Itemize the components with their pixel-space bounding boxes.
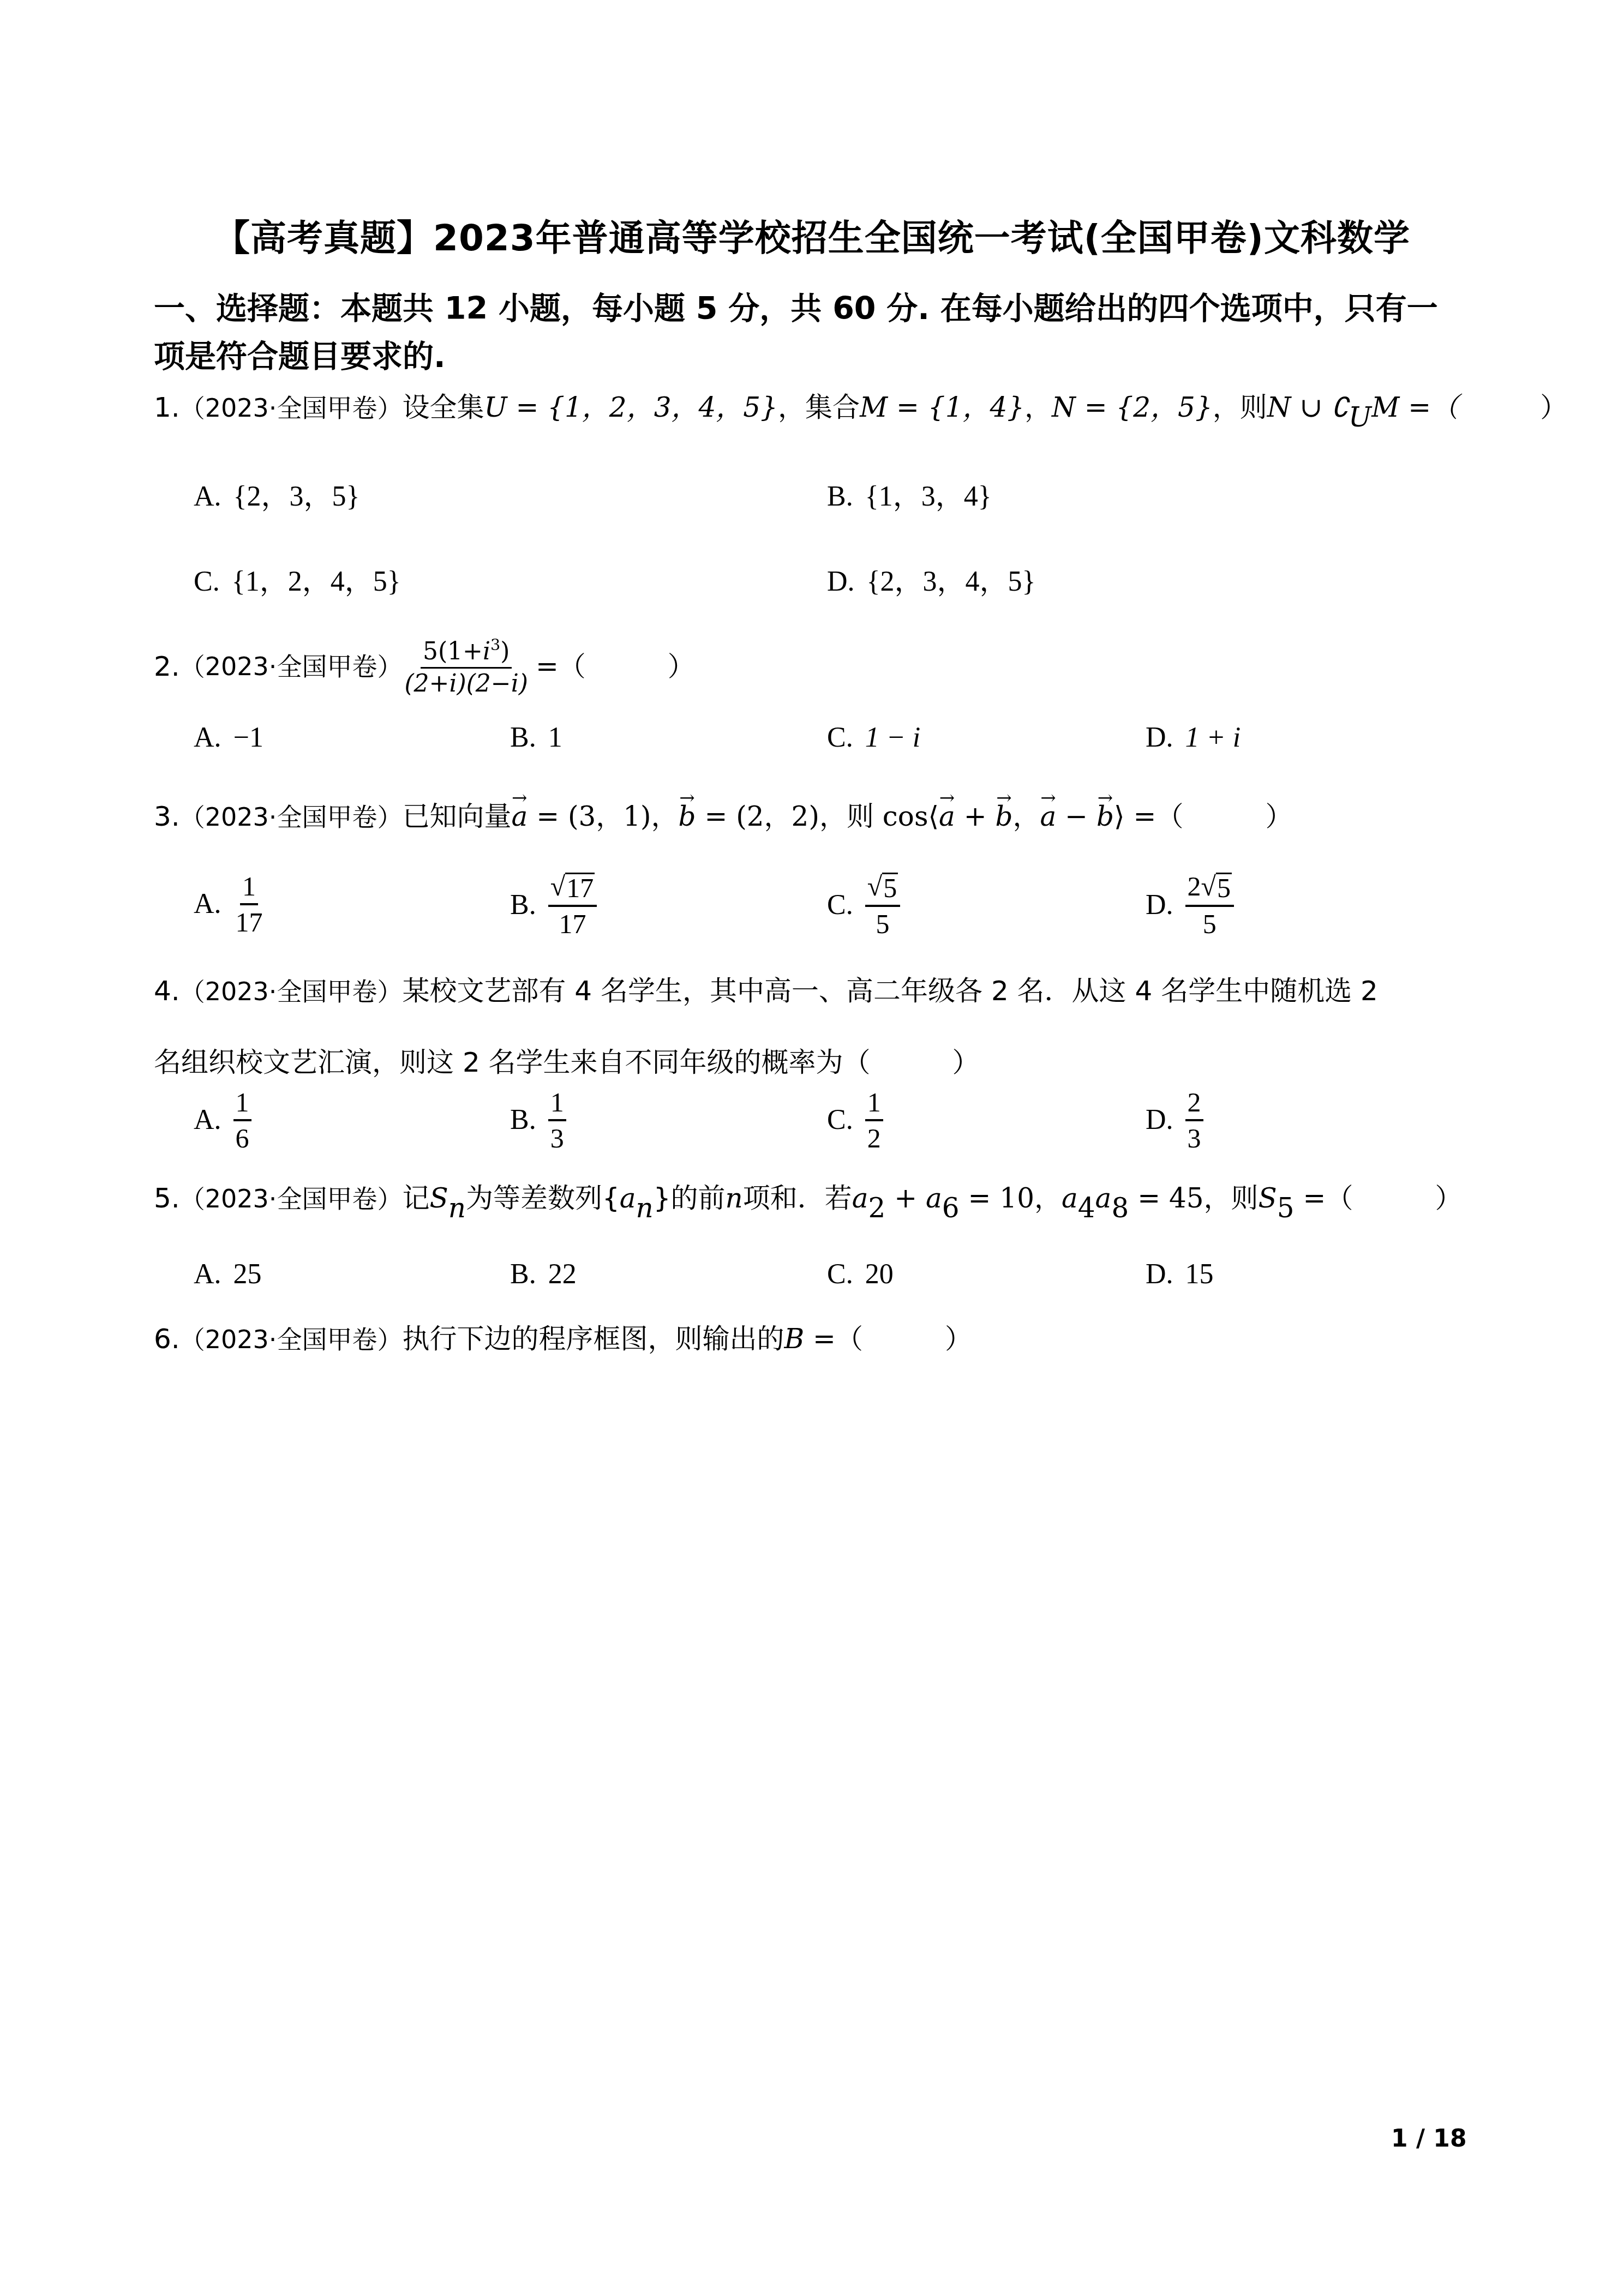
option-label: C. — [827, 886, 853, 924]
answer-blank-close: ） — [1265, 801, 1292, 832]
vector-a: a — [1040, 797, 1057, 836]
math-expression: N = {2，5} — [1052, 392, 1213, 423]
option-label: D. — [1146, 886, 1173, 924]
denominator: 6 — [233, 1121, 251, 1152]
denominator: 5 — [1201, 907, 1219, 937]
question-source: （2023·全国甲卷） — [180, 647, 403, 686]
question-source: （2023·全国甲卷） — [180, 1184, 403, 1213]
option-a[interactable]: A. 117 — [194, 873, 265, 936]
question-1: 1.（2023·全国甲卷）设全集U = {1，2，3，4，5}，集合M = {1… — [154, 388, 1485, 436]
question-source: （2023·全国甲卷） — [180, 1325, 403, 1354]
math-expression: M =（ — [1371, 392, 1458, 423]
denominator: 17 — [233, 905, 265, 936]
math-var: a — [852, 1182, 868, 1214]
question-4: 4.（2023·全国甲卷）某校文艺部有 4 名学生，其中高一、高二年级各 2 名… — [154, 955, 1485, 1098]
option-value: {1，3，4} — [865, 478, 992, 516]
option-value: 1 − i — [865, 719, 921, 757]
option-b[interactable]: B. 13 — [510, 1089, 566, 1152]
option-fraction: 2√55 — [1185, 873, 1234, 937]
math-subscript: U — [1349, 401, 1371, 433]
numerator-exponent: 3 — [490, 635, 500, 654]
option-label: D. — [1146, 1101, 1173, 1139]
math-var: a — [620, 1182, 636, 1214]
math-expression: − — [1056, 801, 1096, 832]
math-subscript: 8 — [1111, 1192, 1129, 1224]
math-subscript: 2 — [868, 1192, 886, 1224]
option-d[interactable]: D.15 — [1146, 1255, 1214, 1294]
option-label: D. — [827, 563, 855, 601]
question-5: 5.（2023·全国甲卷）记Sn为等差数列{an}的前n项和．若a2 + a6 … — [154, 1179, 1485, 1227]
question-number: 6. — [154, 1323, 180, 1355]
option-value: 1 + i — [1185, 719, 1241, 757]
option-label: A. — [194, 719, 221, 757]
option-fraction: 12 — [865, 1089, 883, 1152]
answer-blank-close: ） — [1540, 392, 1567, 423]
answer-blank-close: ） — [945, 1323, 972, 1355]
math-expression: M = {1，4} — [860, 392, 1024, 423]
math-subscript: n — [636, 1192, 654, 1224]
option-c[interactable]: C. 12 — [827, 1089, 883, 1152]
question-6: 6.（2023·全国甲卷）执行下边的程序框图，则输出的B =（） — [154, 1320, 1485, 1359]
math-expression: = (2，2)，则 cos⟨ — [696, 801, 939, 832]
question-number: 4. — [154, 975, 180, 1007]
question-text: 项和．若 — [743, 1182, 852, 1214]
numerator: 1 — [233, 1089, 251, 1121]
denominator: 3 — [1185, 1121, 1203, 1152]
denominator: 3 — [548, 1121, 566, 1152]
math-var: S — [429, 1182, 448, 1214]
option-b[interactable]: B. √1717 — [510, 873, 597, 937]
option-c[interactable]: C.{1，2，4，5} — [194, 563, 401, 601]
numerator: 1 — [548, 1089, 566, 1121]
question-text: ，集合 — [778, 392, 860, 423]
option-label: A. — [194, 478, 221, 516]
math-fraction: 5(1+i3) (2+i)(2−i) — [402, 637, 530, 696]
option-fraction: √1717 — [548, 873, 597, 937]
math-var: a — [1062, 1182, 1078, 1214]
option-fraction: 23 — [1185, 1089, 1203, 1152]
question-text: 设全集 — [402, 392, 484, 423]
coefficient: 2 — [1188, 871, 1201, 901]
math-subscript: 6 — [942, 1192, 960, 1224]
option-c[interactable]: C. √55 — [827, 873, 900, 937]
math-operator: + — [885, 1182, 926, 1214]
denominator: 5 — [873, 907, 891, 937]
numerator: 1 — [865, 1089, 883, 1121]
math-expression: ⟩ =（ — [1114, 801, 1183, 832]
option-a[interactable]: A.{2，3，5} — [194, 478, 359, 516]
equals-sign: =（ — [804, 1323, 863, 1355]
answer-blank-close: ） — [1435, 1182, 1462, 1214]
option-label: B. — [510, 1255, 536, 1294]
math-subscript: 5 — [1277, 1192, 1295, 1224]
option-fraction: 13 — [548, 1089, 566, 1152]
option-value: {2，3，5} — [233, 478, 360, 516]
question-source: （2023·全国甲卷） — [180, 802, 403, 832]
numerator: 1 — [240, 873, 258, 905]
question-text: }的前 — [654, 1182, 726, 1214]
math-expression: = 10， — [960, 1182, 1062, 1214]
answer-blank-close: ） — [952, 1047, 980, 1078]
numerator-close: ) — [500, 638, 510, 665]
math-subscript: n — [448, 1192, 466, 1224]
vector-a: a — [939, 797, 955, 836]
option-c[interactable]: C.1 − i — [827, 719, 920, 757]
option-label: C. — [827, 1255, 853, 1294]
option-label: C. — [827, 719, 853, 757]
option-b[interactable]: B.22 — [510, 1255, 577, 1294]
option-label: A. — [194, 1255, 221, 1294]
math-expression: N ∪ ∁ — [1267, 392, 1349, 423]
option-value: 25 — [233, 1255, 262, 1294]
question-number: 5. — [154, 1182, 180, 1214]
option-c[interactable]: C.20 — [827, 1255, 894, 1294]
math-var: B — [784, 1323, 804, 1355]
option-label: D. — [1146, 1255, 1173, 1294]
option-d[interactable]: D.{2，3，4，5} — [827, 563, 1035, 601]
option-label: D. — [1146, 719, 1173, 757]
vector-b: b — [679, 797, 696, 836]
radicand: 5 — [882, 873, 898, 901]
vector-b: b — [1096, 797, 1114, 836]
question-text: 为等差数列{ — [466, 1182, 620, 1214]
option-label: B. — [510, 1101, 536, 1139]
question-text: 已知向量 — [402, 801, 511, 832]
option-label: A. — [194, 885, 221, 923]
math-var: a — [926, 1182, 942, 1214]
equals-sign: =（ — [1295, 1182, 1353, 1214]
section-heading-line-2: 项是符合题目要求的. — [154, 333, 1485, 381]
sqrt-icon: √17 — [550, 873, 595, 901]
option-fraction: 117 — [233, 873, 265, 936]
math-expression: = 45，则 — [1129, 1182, 1258, 1214]
vector-b: b — [996, 797, 1013, 836]
math-var: a — [1095, 1182, 1112, 1214]
document-page: 【高考真题】2023年普通高等学校招生全国统一考试(全国甲卷)文科数学 一、选择… — [0, 0, 1624, 2296]
question-text: ， — [1024, 392, 1052, 423]
option-label: B. — [510, 719, 536, 757]
denominator: 2 — [865, 1121, 883, 1152]
option-d[interactable]: D.1 + i — [1146, 719, 1241, 757]
option-fraction: √55 — [865, 873, 900, 937]
question-number: 3. — [154, 801, 180, 832]
option-label: B. — [510, 886, 536, 924]
option-a[interactable]: A.25 — [194, 1255, 262, 1294]
option-value: 22 — [548, 1255, 577, 1294]
question-text-line-2: 名组织校文艺汇演，则这 2 名学生来自不同年级的概率为（ — [154, 1047, 871, 1078]
question-text: ，则 — [1213, 392, 1267, 423]
math-var: n — [726, 1182, 743, 1214]
option-label: C. — [827, 1101, 853, 1139]
question-source: （2023·全国甲卷） — [180, 393, 403, 423]
answer-blank-close: ） — [668, 647, 695, 686]
math-expression: U = {1，2，3，4，5} — [484, 392, 778, 423]
option-value: −1 — [233, 719, 263, 757]
denominator-text: (2+i)(2−i) — [402, 669, 530, 696]
document-title: 【高考真题】2023年普通高等学校招生全国统一考试(全国甲卷)文科数学 — [0, 214, 1624, 263]
question-3: 3.（2023·全国甲卷）已知向量a = (3，1)，b = (2，2)，则 c… — [154, 797, 1485, 836]
option-b[interactable]: B.{1，3，4} — [827, 478, 992, 516]
option-d[interactable]: D. 23 — [1146, 1089, 1203, 1152]
question-number: 2. — [154, 647, 180, 686]
question-2: 2.（2023·全国甲卷） 5(1+i3) (2+i)(2−i) =（） — [154, 637, 1485, 696]
option-value: 1 — [548, 719, 562, 757]
numerator-i: i — [483, 638, 490, 665]
option-fraction: 16 — [233, 1089, 251, 1152]
sqrt-icon: √5 — [1201, 873, 1232, 901]
math-expression: ， — [1013, 801, 1040, 832]
question-text: 记 — [402, 1182, 429, 1214]
question-number: 1. — [154, 392, 180, 423]
question-text-line-1: 某校文艺部有 4 名学生，其中高一、高二年级各 2 名．从这 4 名学生中随机选… — [402, 975, 1378, 1007]
math-var: S — [1259, 1182, 1277, 1214]
option-value: 20 — [865, 1255, 894, 1294]
equals-sign: =（ — [536, 647, 586, 686]
option-value: {2，3，4，5} — [867, 563, 1036, 601]
page-number: 1 / 18 — [1391, 2125, 1467, 2153]
option-a[interactable]: A.−1 — [194, 719, 263, 757]
question-text: 执行下边的程序框图，则输出的 — [402, 1323, 784, 1355]
radicand: 17 — [565, 873, 595, 901]
question-source: （2023·全国甲卷） — [180, 977, 403, 1006]
sqrt-icon: √5 — [867, 873, 898, 901]
numerator: 2 — [1185, 1089, 1203, 1121]
math-expression: = (3，1)， — [528, 801, 678, 832]
section-heading: 一、选择题：本题共 12 小题，每小题 5 分，共 60 分. 在每小题给出的四… — [154, 285, 1485, 381]
option-a[interactable]: A. 16 — [194, 1089, 251, 1152]
math-expression: + — [955, 801, 996, 832]
option-value: {1，2，4，5} — [232, 563, 401, 601]
option-d[interactable]: D. 2√55 — [1146, 873, 1234, 937]
numerator-text: 5(1+ — [423, 638, 483, 665]
option-b[interactable]: B.1 — [510, 719, 562, 757]
option-label: B. — [827, 478, 853, 516]
radicand: 5 — [1216, 873, 1232, 901]
option-label: C. — [194, 563, 220, 601]
section-heading-line-1: 一、选择题：本题共 12 小题，每小题 5 分，共 60 分. 在每小题给出的四… — [154, 285, 1485, 333]
vector-a: a — [511, 797, 528, 836]
math-subscript: 4 — [1078, 1192, 1095, 1224]
option-label: A. — [194, 1101, 221, 1139]
option-value: 15 — [1185, 1255, 1214, 1294]
denominator: 17 — [556, 907, 588, 937]
